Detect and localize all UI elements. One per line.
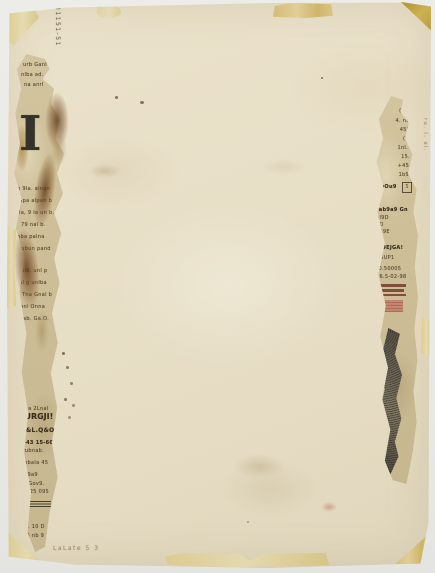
newsprint-line: QuOu9	[376, 184, 397, 190]
tape-top-smudge	[97, 4, 121, 18]
printed-rule-band	[19, 500, 51, 507]
printed-red-bar	[376, 284, 406, 287]
newsprint-line: J G9E	[375, 229, 390, 235]
faint-stain	[233, 454, 285, 478]
newsprint-line: 45)	[400, 127, 409, 133]
newsprint-line: nlba ad.	[21, 72, 44, 78]
right-newsprint-strip: (lnn 4. nu) 45) (5) 1nl. 15. +45. 1b9 Qu…	[372, 96, 418, 484]
adhesive-stain	[35, 310, 49, 352]
tape-top-left-corner	[7, 7, 39, 45]
newsprint-line: b9a9	[24, 472, 38, 478]
photo-backdrop: urb Ganl nlba ad. na anrl I b 9la. alnan…	[0, 0, 435, 573]
newsprint-line: 4, 425 095	[19, 489, 49, 495]
printed-red-bar	[376, 294, 406, 296]
newsprint-line: (5)	[403, 136, 411, 142]
newsprint-line: 1nl.	[397, 145, 408, 151]
drip-specks	[62, 352, 65, 355]
newsprint-numbers: 1-43 15-60	[20, 440, 53, 446]
printed-red-bar	[376, 289, 404, 292]
newsprint-line: 15.	[401, 154, 410, 160]
newsprint-line: El	[376, 237, 381, 243]
newsprint-line: 76 nb 9	[23, 533, 44, 539]
faint-stain	[262, 158, 306, 176]
newsprint-line: +45.	[398, 163, 411, 169]
tape-right-edge	[421, 318, 432, 356]
faint-stain	[89, 164, 121, 178]
tape-top-right-corner	[397, 2, 431, 32]
newsprint-line: 4. nu)	[396, 118, 412, 124]
newsprint-line: 40. 10 D	[21, 524, 45, 530]
newsprint-line: na anrl	[24, 82, 44, 88]
tape-bottom-center	[165, 552, 329, 567]
vertical-print-smudge: 31151-51	[54, 6, 61, 54]
newsprint-line: Lnbala 45	[21, 460, 48, 466]
newsprint-line: K. Gov9.	[21, 481, 45, 487]
right-edge-pencil-inscription: ru. l. al.	[422, 118, 428, 184]
halftone-photo-smudge	[374, 328, 410, 474]
newsprint-line: aO	[376, 222, 384, 228]
newsprint-line: Ln9EJGA!	[375, 245, 403, 251]
printed-salmon-block	[377, 300, 403, 312]
newsprint-line: 9ab9a9 Gn	[375, 207, 408, 213]
fly-speck	[321, 77, 323, 79]
fly-speck	[140, 101, 144, 104]
red-scribble-mark	[321, 502, 337, 512]
newsprint-line: (lnn	[399, 108, 410, 114]
newsprint-line: 1b9	[399, 172, 409, 178]
fly-speck	[247, 521, 249, 523]
adhesive-stain	[51, 132, 67, 166]
newsprint-line: nl9D	[376, 215, 389, 221]
boxed-print-glyph: 5	[402, 182, 412, 193]
newsprint-line: urb Ganl	[23, 62, 47, 68]
newsprint-line: 46.5-02-98	[376, 274, 406, 280]
newsprint-subhead: A&L.Q&O	[21, 428, 55, 434]
newsprint-line: Fubnab.	[22, 448, 44, 454]
printed-capital-letter: I	[19, 110, 41, 158]
newsprint-headline: TURGJI!	[19, 414, 53, 420]
newsprint-line: 40.50005	[375, 266, 401, 272]
artwork-board: urb Ganl nlba ad. na anrl I b 9la. alnan…	[7, 2, 431, 568]
tape-bottom-right-corner	[393, 532, 431, 566]
pencil-inscription: LaLate 5 3	[53, 545, 100, 552]
tape-top-center	[273, 3, 333, 18]
fly-speck	[115, 96, 118, 99]
newsprint-line: O5UP1	[376, 255, 394, 261]
